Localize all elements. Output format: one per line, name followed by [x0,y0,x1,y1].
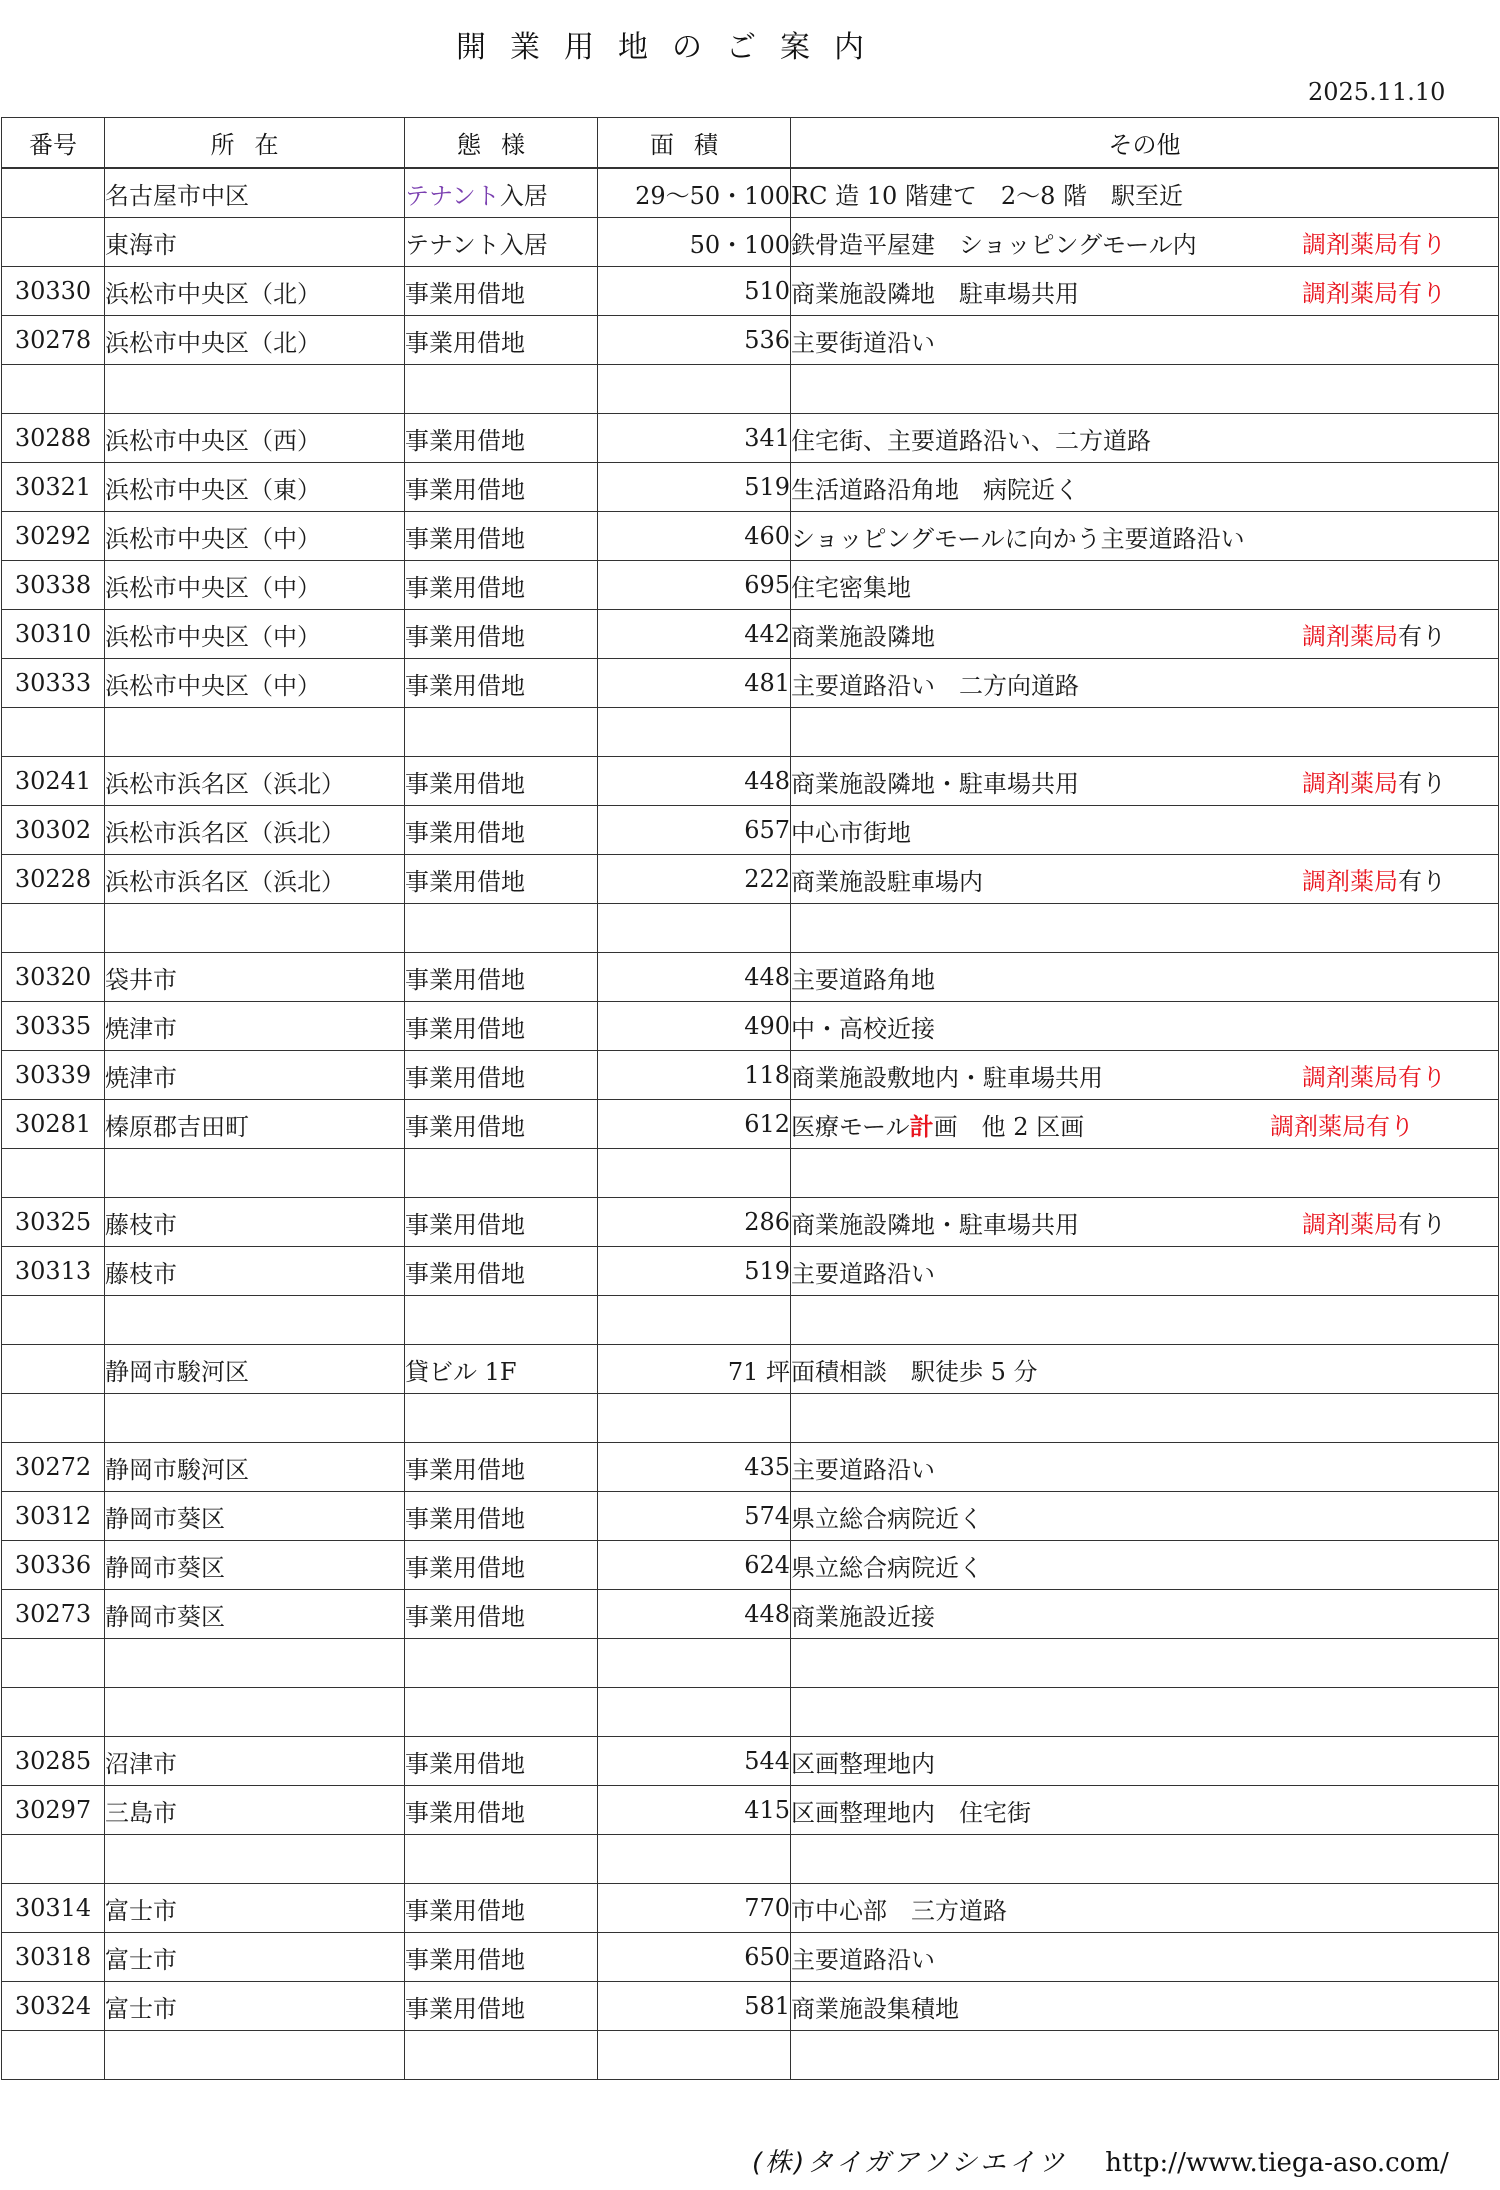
table-row: 30333浜松市中央区（中）事業用借地481主要道路沿い 二方向道路 [2,659,1499,708]
type-text: 事業用借地 [405,1456,525,1484]
cell-location: 東海市 [105,218,405,267]
cell-other: 医療モール計画 他 2 区画調剤薬局有り [791,1100,1499,1149]
cell-number [2,1688,105,1737]
cell-area [598,1639,791,1688]
type-text: 事業用借地 [405,1750,525,1778]
type-text: 事業用借地 [405,1995,525,2023]
cell-other: 主要道路角地 [791,953,1499,1002]
cell-type: 事業用借地 [405,1590,598,1639]
table-row: 30288浜松市中央区（西）事業用借地341住宅街、主要道路沿い、二方道路 [2,414,1499,463]
cell-location: 浜松市中央区（北） [105,267,405,316]
cell-location: 浜松市中央区（東） [105,463,405,512]
table-row: 30330浜松市中央区（北）事業用借地510商業施設隣地 駐車場共用調剤薬局有り [2,267,1499,316]
type-text: 事業用借地 [405,1603,525,1631]
cell-type: 事業用借地 [405,561,598,610]
cell-number [2,1835,105,1884]
cell-number: 30241 [2,757,105,806]
cell-area: 624 [598,1541,791,1590]
cell-other: 県立総合病院近く [791,1492,1499,1541]
cell-other [791,2031,1499,2080]
cell-location: 浜松市中央区（北） [105,316,405,365]
type-text: 事業用借地 [405,280,525,308]
cell-area [598,365,791,414]
cell-number [2,1296,105,1345]
cell-location: 静岡市葵区 [105,1492,405,1541]
cell-type: 事業用借地 [405,1247,598,1296]
table-header-row: 番号 所在 態様 面積 その他 [2,118,1499,169]
pharmacy-note: 調剤薬局有り [1302,617,1446,652]
table-row: 30310浜松市中央区（中）事業用借地442商業施設隣地調剤薬局有り [2,610,1499,659]
cell-type: 事業用借地 [405,267,598,316]
table-row: 30272静岡市駿河区事業用借地435主要道路沿い [2,1443,1499,1492]
cell-number: 30285 [2,1737,105,1786]
table-row: 30278浜松市中央区（北）事業用借地536主要街道沿い [2,316,1499,365]
other-text: 県立総合病院近く [791,1554,983,1582]
cell-location: 静岡市駿河区 [105,1345,405,1394]
header-area: 面積 [598,118,791,169]
other-text: 商業施設隣地・駐車場共用 [791,1211,1079,1239]
header-type: 態様 [405,118,598,169]
pharmacy-label: 調剤薬局 [1302,623,1398,651]
pharmacy-note: 調剤薬局有り [1302,225,1446,260]
cell-other: 住宅密集地 [791,561,1499,610]
table-row: 30314富士市事業用借地770市中心部 三方道路 [2,1884,1499,1933]
table-row: 30335焼津市事業用借地490中・高校近接 [2,1002,1499,1051]
cell-other: 商業施設駐車場内調剤薬局有り [791,855,1499,904]
cell-area: 770 [598,1884,791,1933]
cell-type [405,708,598,757]
cell-other: 商業施設近接 [791,1590,1499,1639]
cell-area: 612 [598,1100,791,1149]
pharmacy-label: 調剤薬局 [1302,770,1398,798]
cell-area [598,708,791,757]
cell-type: 事業用借地 [405,1002,598,1051]
cell-area: 544 [598,1737,791,1786]
pharmacy-suffix: 有り [1398,1211,1446,1239]
cell-number: 30339 [2,1051,105,1100]
cell-type: 事業用借地 [405,463,598,512]
cell-other [791,708,1499,757]
cell-other: 商業施設隣地・駐車場共用調剤薬局有り [791,757,1499,806]
type-text: 事業用借地 [405,476,525,504]
cell-area [598,904,791,953]
cell-other: 主要道路沿い [791,1933,1499,1982]
cell-other [791,365,1499,414]
other-text: 主要道路沿い 二方向道路 [791,672,1079,700]
other-text: 市中心部 三方道路 [791,1897,1007,1925]
cell-location [105,1835,405,1884]
cell-number: 30324 [2,1982,105,2031]
cell-location: 焼津市 [105,1002,405,1051]
cell-location: 浜松市中央区（中） [105,659,405,708]
cell-location: 藤枝市 [105,1198,405,1247]
cell-number: 30292 [2,512,105,561]
type-text: 事業用借地 [405,1211,525,1239]
cell-type [405,1149,598,1198]
other-text: 住宅街、主要道路沿い、二方道路 [791,427,1151,455]
cell-number: 30335 [2,1002,105,1051]
other-text: 住宅密集地 [791,574,911,602]
cell-location [105,1639,405,1688]
cell-location: 浜松市浜名区（浜北） [105,806,405,855]
cell-number [2,1639,105,1688]
cell-other: 主要道路沿い [791,1247,1499,1296]
cell-number: 30320 [2,953,105,1002]
cell-other: 主要道路沿い 二方向道路 [791,659,1499,708]
cell-location [105,1296,405,1345]
pharmacy-suffix: 有り [1398,770,1446,798]
cell-number: 30312 [2,1492,105,1541]
cell-type: 事業用借地 [405,757,598,806]
cell-type [405,1296,598,1345]
table-row: 30312静岡市葵区事業用借地574県立総合病院近く [2,1492,1499,1541]
table-row: 名古屋市中区テナント入居29～50・100RC 造 10 階建て 2～8 階 駅… [2,168,1499,218]
cell-area: 510 [598,267,791,316]
cell-other: 中・高校近接 [791,1002,1499,1051]
type-text: 事業用借地 [405,1897,525,1925]
cell-number [2,365,105,414]
cell-other: 住宅街、主要道路沿い、二方道路 [791,414,1499,463]
table-row: 30320袋井市事業用借地448主要道路角地 [2,953,1499,1002]
cell-other: ショッピングモールに向かう主要道路沿い [791,512,1499,561]
cell-other: 商業施設集積地 [791,1982,1499,2031]
cell-type: 事業用借地 [405,659,598,708]
cell-type [405,904,598,953]
type-text: 事業用借地 [405,1113,525,1141]
cell-area: 650 [598,1933,791,1982]
other-text: ショッピングモールに向かう主要道路沿い [791,525,1245,553]
table-row: 30297三島市事業用借地415区画整理地内 住宅街 [2,1786,1499,1835]
type-text: 事業用借地 [405,1064,525,1092]
cell-type: 事業用借地 [405,1443,598,1492]
other-text: 中心市街地 [791,819,911,847]
cell-type: 事業用借地 [405,316,598,365]
cell-type: 事業用借地 [405,806,598,855]
cell-area: 536 [598,316,791,365]
cell-number [2,2031,105,2080]
cell-area: 448 [598,953,791,1002]
cell-type: 貸ビル 1F [405,1345,598,1394]
cell-number [2,1345,105,1394]
pharmacy-label: 調剤薬局 [1302,868,1398,896]
cell-location: 浜松市中央区（中） [105,512,405,561]
table-row: 30338浜松市中央区（中）事業用借地695住宅密集地 [2,561,1499,610]
cell-area: 695 [598,561,791,610]
cell-number [2,1149,105,1198]
type-text: 事業用借地 [405,868,525,896]
table-row [2,365,1499,414]
other-text: 商業施設隣地 [791,623,935,651]
cell-number: 30310 [2,610,105,659]
cell-number: 30281 [2,1100,105,1149]
cell-number [2,904,105,953]
pharmacy-label: 調剤薬局有り [1270,1113,1414,1141]
cell-location [105,1688,405,1737]
cell-other [791,1639,1499,1688]
cell-type: 事業用借地 [405,1786,598,1835]
cell-number: 30228 [2,855,105,904]
cell-type: 事業用借地 [405,855,598,904]
header-other: その他 [791,118,1499,169]
table-row: 30241浜松市浜名区（浜北）事業用借地448商業施設隣地・駐車場共用調剤薬局有… [2,757,1499,806]
pharmacy-note: 調剤薬局有り [1302,274,1446,309]
table-body: 名古屋市中区テナント入居29～50・100RC 造 10 階建て 2～8 階 駅… [2,168,1499,2080]
cell-number [2,218,105,267]
cell-area: 435 [598,1443,791,1492]
cell-location: 藤枝市 [105,1247,405,1296]
cell-other: RC 造 10 階建て 2～8 階 駅至近 [791,168,1499,218]
cell-location: 焼津市 [105,1051,405,1100]
cell-area [598,1688,791,1737]
table-row: 30302浜松市浜名区（浜北）事業用借地657中心市街地 [2,806,1499,855]
footer: (株)タイガアソシエイツ http://www.tiega-aso.com/ [752,2142,1449,2179]
pharmacy-note: 調剤薬局有り [1270,1107,1414,1142]
type-text: 事業用借地 [405,1015,525,1043]
type-text: 事業用借地 [405,1799,525,1827]
cell-location: 三島市 [105,1786,405,1835]
cell-location: 名古屋市中区 [105,168,405,218]
other-text: 画 他 2 区画 [934,1113,1085,1141]
cell-area: 118 [598,1051,791,1100]
cell-number: 30333 [2,659,105,708]
type-text: 事業用借地 [405,672,525,700]
other-text: 主要道路沿い [791,1260,935,1288]
cell-type [405,1394,598,1443]
other-text: 区画整理地内 [791,1750,935,1778]
other-text: 生活道路沿角地 病院近く [791,476,1079,504]
header-number: 番号 [2,118,105,169]
cell-location: 静岡市葵区 [105,1541,405,1590]
cell-area: 574 [598,1492,791,1541]
other-text: 鉄骨造平屋建 ショッピングモール内 [791,231,1197,259]
type-text: 事業用借地 [405,1505,525,1533]
type-text: 事業用借地 [405,574,525,602]
other-text-emphasis: 計 [910,1112,934,1141]
type-text: 入居 [500,182,548,210]
cell-area: 490 [598,1002,791,1051]
table-row: 30285沼津市事業用借地544区画整理地内 [2,1737,1499,1786]
table-row [2,1688,1499,1737]
cell-area: 657 [598,806,791,855]
other-text: 主要道路沿い [791,1946,935,1974]
cell-other: 生活道路沿角地 病院近く [791,463,1499,512]
company-url[interactable]: http://www.tiega-aso.com/ [1105,2148,1449,2178]
cell-other: 区画整理地内 住宅街 [791,1786,1499,1835]
type-text: 事業用借地 [405,329,525,357]
table-row [2,1149,1499,1198]
cell-type [405,1835,598,1884]
cell-area: 442 [598,610,791,659]
other-text: 商業施設敷地内・駐車場共用 [791,1064,1103,1092]
cell-type [405,2031,598,2080]
type-text: 事業用借地 [405,966,525,994]
table-row: 30292浜松市中央区（中）事業用借地460ショッピングモールに向かう主要道路沿… [2,512,1499,561]
cell-location [105,2031,405,2080]
table-row: 30273静岡市葵区事業用借地448商業施設近接 [2,1590,1499,1639]
cell-area [598,2031,791,2080]
pharmacy-suffix: 有り [1398,623,1446,651]
cell-location [105,904,405,953]
table-row: 30325藤枝市事業用借地286商業施設隣地・駐車場共用調剤薬局有り [2,1198,1499,1247]
other-text: 商業施設隣地 駐車場共用 [791,280,1079,308]
cell-other: 県立総合病院近く [791,1541,1499,1590]
cell-area: 448 [598,1590,791,1639]
cell-area: 519 [598,1247,791,1296]
table-row: 30281榛原郡吉田町事業用借地612医療モール計画 他 2 区画調剤薬局有り [2,1100,1499,1149]
table-row [2,1639,1499,1688]
cell-other: 商業施設隣地 駐車場共用調剤薬局有り [791,267,1499,316]
table-row: 30313藤枝市事業用借地519主要道路沿い [2,1247,1499,1296]
table-row: 30321浜松市中央区（東）事業用借地519生活道路沿角地 病院近く [2,463,1499,512]
table-row: 東海市テナント入居50・100鉄骨造平屋建 ショッピングモール内調剤薬局有り [2,218,1499,267]
cell-other: 主要街道沿い [791,316,1499,365]
table-row: 30324富士市事業用借地581商業施設集積地 [2,1982,1499,2031]
cell-type: 事業用借地 [405,1541,598,1590]
cell-area: 481 [598,659,791,708]
cell-location: 沼津市 [105,1737,405,1786]
cell-other [791,904,1499,953]
type-text: 事業用借地 [405,427,525,455]
cell-type [405,365,598,414]
cell-other [791,1835,1499,1884]
cell-other [791,1149,1499,1198]
type-text: 貸ビル 1F [405,1358,517,1386]
cell-type: 事業用借地 [405,1884,598,1933]
cell-location: 富士市 [105,1982,405,2031]
other-text: RC 造 10 階建て 2～8 階 駅至近 [791,182,1183,210]
cell-type: 事業用借地 [405,610,598,659]
table-row: 30339焼津市事業用借地118商業施設敷地内・駐車場共用調剤薬局有り [2,1051,1499,1100]
cell-number [2,708,105,757]
cell-type: 事業用借地 [405,953,598,1002]
cell-location: 浜松市浜名区（浜北） [105,757,405,806]
cell-location [105,1394,405,1443]
cell-other: 面積相談 駅徒歩 5 分 [791,1345,1499,1394]
cell-type: テナント入居 [405,168,598,218]
cell-number: 30338 [2,561,105,610]
type-text: 事業用借地 [405,1554,525,1582]
cell-number [2,1394,105,1443]
cell-area: 415 [598,1786,791,1835]
cell-type: 事業用借地 [405,1492,598,1541]
cell-area: 71 坪 [598,1345,791,1394]
type-text: 事業用借地 [405,1260,525,1288]
cell-area: 222 [598,855,791,904]
cell-area: 50・100 [598,218,791,267]
cell-location: 静岡市駿河区 [105,1443,405,1492]
other-text: 主要街道沿い [791,329,935,357]
pharmacy-note: 調剤薬局有り [1302,764,1446,799]
type-text: 事業用借地 [405,1946,525,1974]
cell-location [105,708,405,757]
cell-type: 事業用借地 [405,1933,598,1982]
cell-area: 29～50・100 [598,168,791,218]
table-row [2,1835,1499,1884]
cell-location: 富士市 [105,1933,405,1982]
table-row: 静岡市駿河区貸ビル 1F71 坪面積相談 駅徒歩 5 分 [2,1345,1499,1394]
cell-number: 30330 [2,267,105,316]
type-text: テナント入居 [405,231,548,259]
cell-other: 鉄骨造平屋建 ショッピングモール内調剤薬局有り [791,218,1499,267]
table-row [2,1394,1499,1443]
other-text: 面積相談 駅徒歩 5 分 [791,1358,1038,1386]
cell-other: 区画整理地内 [791,1737,1499,1786]
cell-area: 460 [598,512,791,561]
pharmacy-label: 調剤薬局 [1302,1211,1398,1239]
cell-other [791,1394,1499,1443]
cell-area: 341 [598,414,791,463]
cell-number: 30297 [2,1786,105,1835]
other-text: 中・高校近接 [791,1015,935,1043]
cell-number: 30273 [2,1590,105,1639]
pharmacy-note: 調剤薬局有り [1302,862,1446,897]
cell-type [405,1639,598,1688]
property-table: 番号 所在 態様 面積 その他 名古屋市中区テナント入居29～50・100RC … [1,117,1499,2080]
cell-number: 30313 [2,1247,105,1296]
cell-other: 商業施設隣地・駐車場共用調剤薬局有り [791,1198,1499,1247]
other-text: 商業施設近接 [791,1603,935,1631]
pharmacy-note: 調剤薬局有り [1302,1205,1446,1240]
table-row [2,2031,1499,2080]
cell-type: 事業用借地 [405,414,598,463]
table-row: 30228浜松市浜名区（浜北）事業用借地222商業施設駐車場内調剤薬局有り [2,855,1499,904]
cell-other [791,1296,1499,1345]
cell-type: 事業用借地 [405,1198,598,1247]
table-row [2,708,1499,757]
cell-area [598,1394,791,1443]
pharmacy-label: 調剤薬局有り [1302,1064,1446,1092]
type-text: 事業用借地 [405,770,525,798]
cell-type: 事業用借地 [405,1982,598,2031]
cell-type: 事業用借地 [405,1737,598,1786]
cell-number: 30314 [2,1884,105,1933]
header-location: 所在 [105,118,405,169]
type-highlight: テナント [405,182,500,210]
other-text: 商業施設集積地 [791,1995,959,2023]
other-text: 主要道路沿い [791,1456,935,1484]
type-text: 事業用借地 [405,525,525,553]
cell-other: 商業施設隣地調剤薬局有り [791,610,1499,659]
cell-number: 30325 [2,1198,105,1247]
other-text: 県立総合病院近く [791,1505,983,1533]
other-text: 区画整理地内 住宅街 [791,1799,1031,1827]
cell-area: 286 [598,1198,791,1247]
cell-location: 浜松市中央区（西） [105,414,405,463]
cell-area: 519 [598,463,791,512]
cell-location: 静岡市葵区 [105,1590,405,1639]
cell-area: 581 [598,1982,791,2031]
cell-location: 榛原郡吉田町 [105,1100,405,1149]
cell-location [105,1149,405,1198]
type-text: 事業用借地 [405,819,525,847]
cell-location [105,365,405,414]
cell-location: 浜松市中央区（中） [105,610,405,659]
pharmacy-label: 調剤薬局有り [1302,231,1446,259]
cell-number: 30278 [2,316,105,365]
cell-location: 浜松市中央区（中） [105,561,405,610]
cell-other [791,1688,1499,1737]
cell-type: 事業用借地 [405,1051,598,1100]
cell-number: 30302 [2,806,105,855]
cell-location: 浜松市浜名区（浜北） [105,855,405,904]
table-row: 30318富士市事業用借地650主要道路沿い [2,1933,1499,1982]
cell-type: 事業用借地 [405,1100,598,1149]
cell-location: 袋井市 [105,953,405,1002]
pharmacy-note: 調剤薬局有り [1302,1058,1446,1093]
pharmacy-suffix: 有り [1398,868,1446,896]
cell-area [598,1296,791,1345]
cell-other: 主要道路沿い [791,1443,1499,1492]
